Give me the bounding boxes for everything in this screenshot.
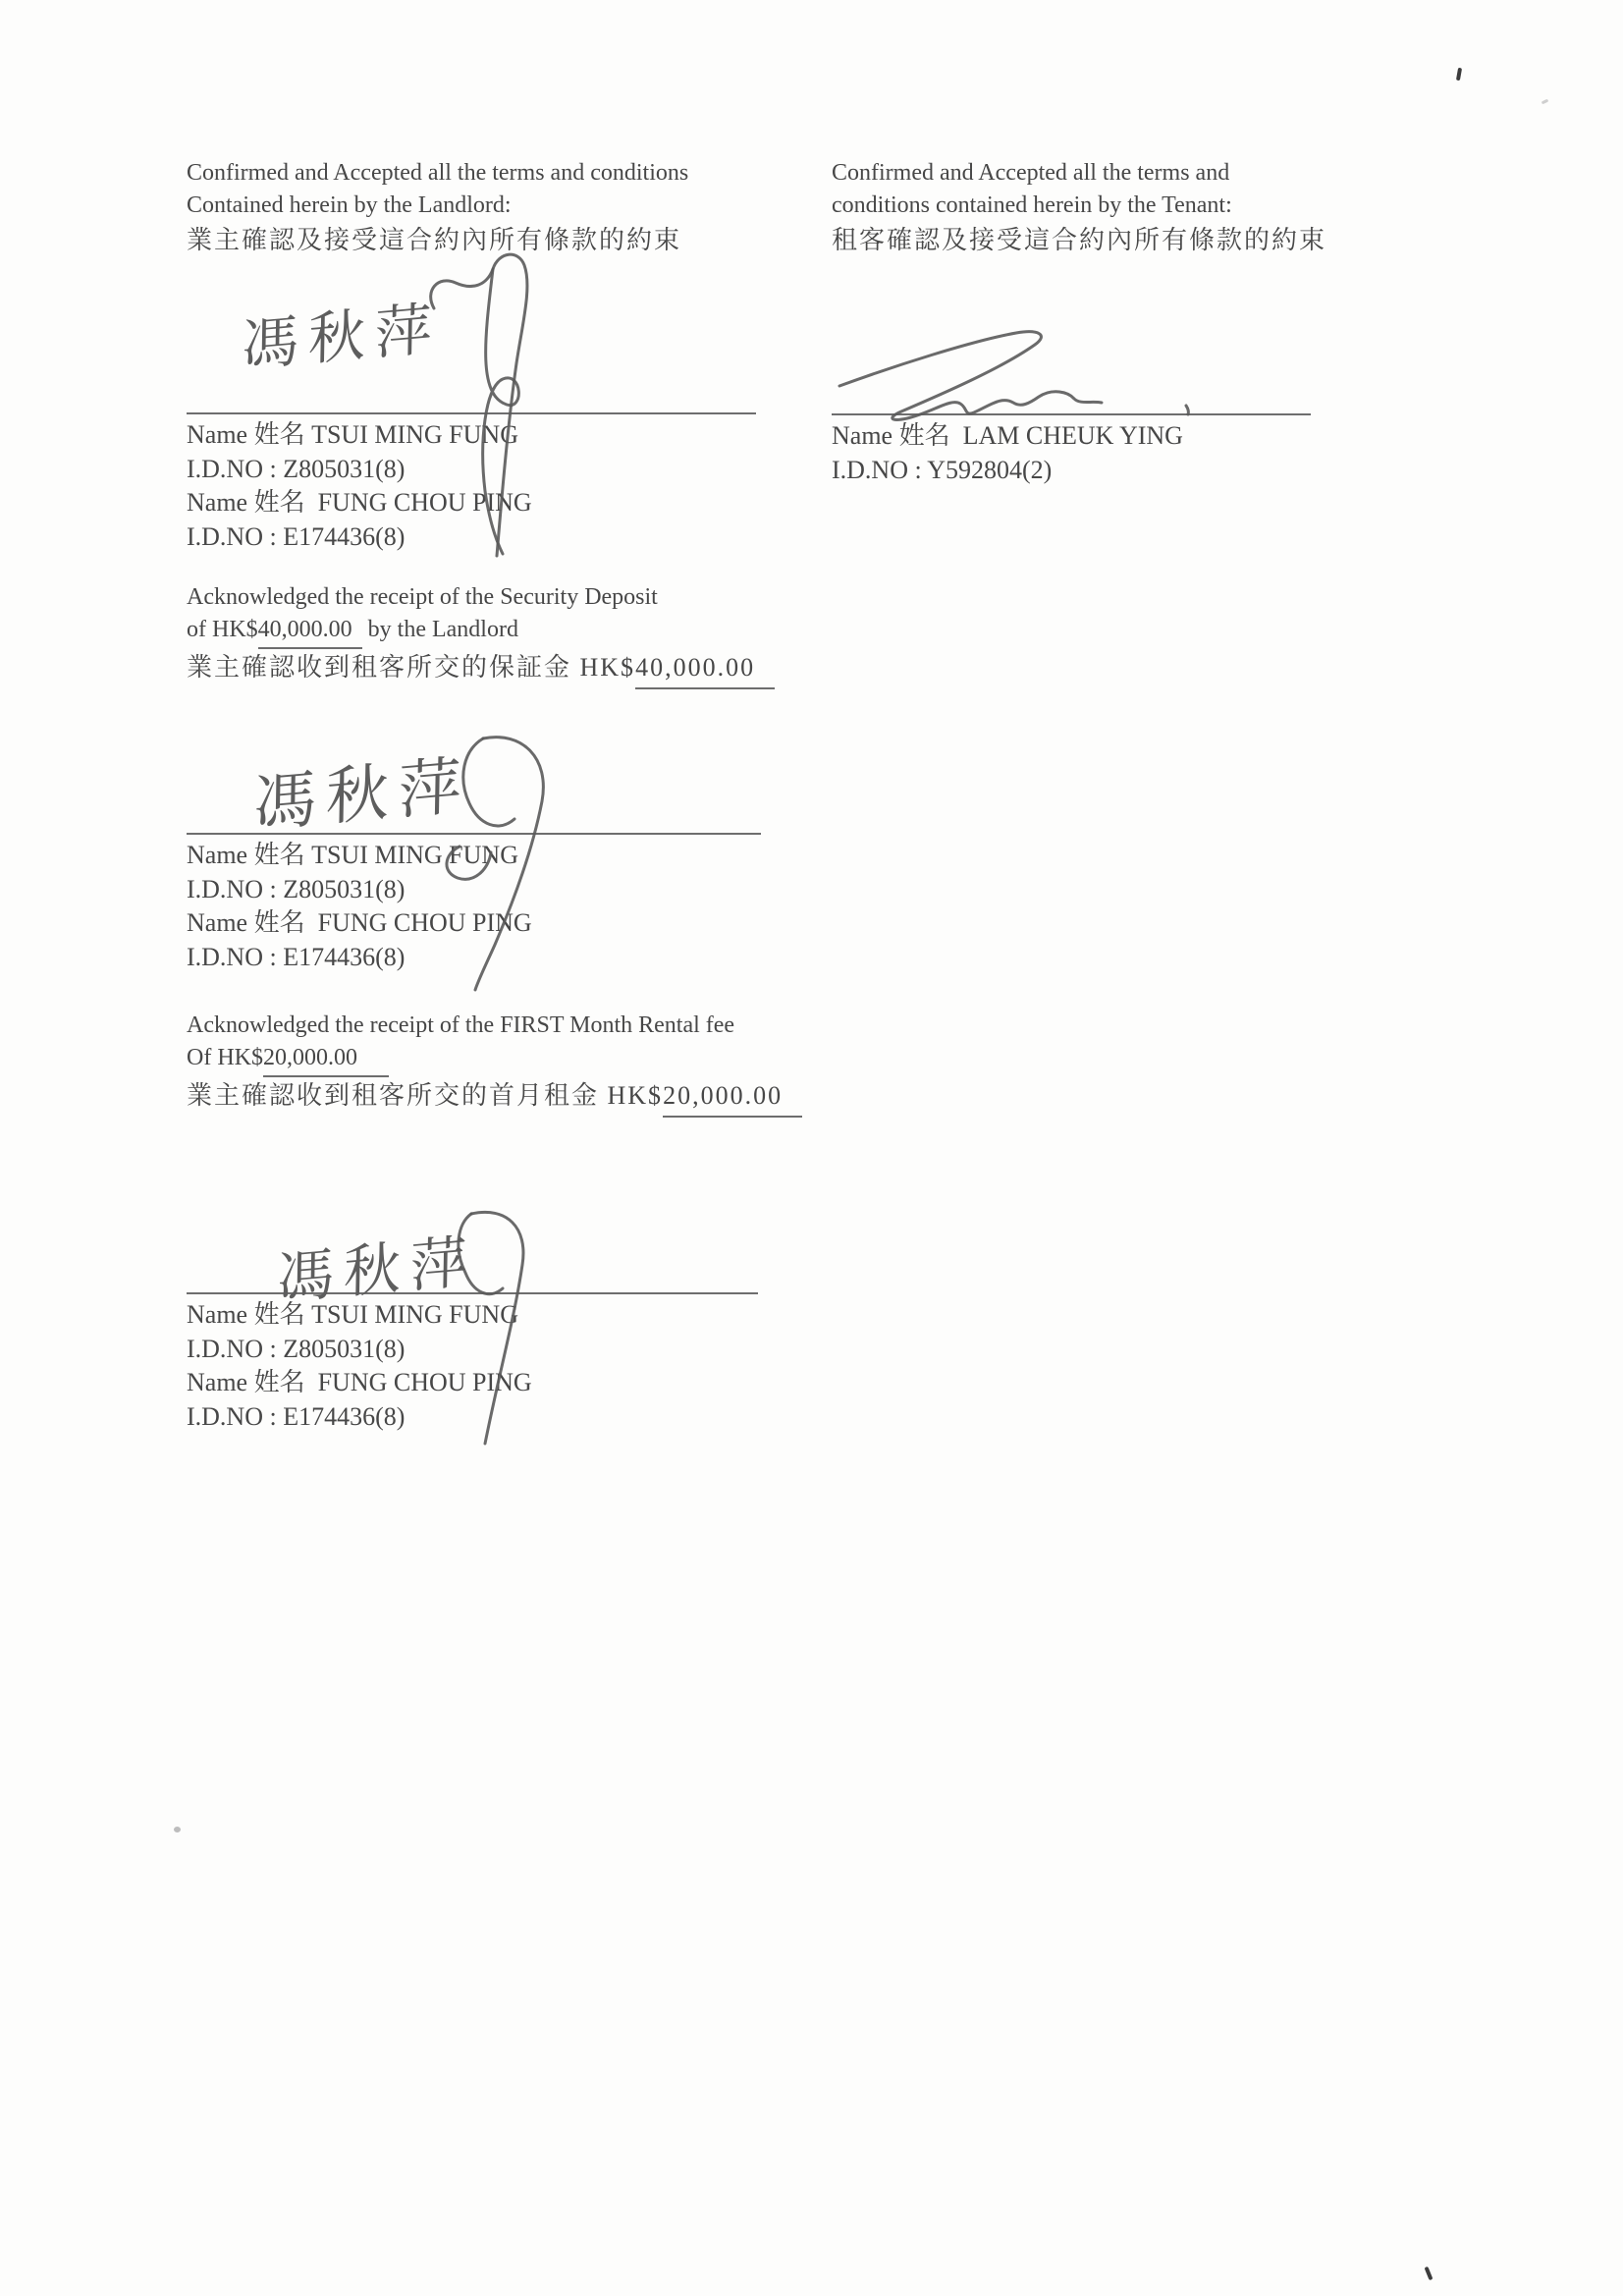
landlord-name-2: Name 姓名 FUNG CHOU PING: [187, 486, 532, 520]
deposit-ack-line2: of HK$40,000.00 by the Landlord: [187, 614, 874, 649]
rent-ack-chinese: 業主確認收到租客所交的首月租金 HK$20,000.00: [187, 1077, 933, 1118]
rent-amount-chinese-underlined: 20,000.00: [663, 1077, 802, 1118]
rent-acknowledgment: Acknowledged the receipt of the FIRST Mo…: [187, 1010, 933, 1118]
landlord-signature-line-1: [187, 412, 756, 414]
landlord-identity-block-1: Name 姓名 TSUI MING FUNG I.D.NO : Z805031(…: [187, 418, 532, 554]
tenant-confirmation-line2: conditions contained herein by the Tenan…: [832, 190, 1421, 222]
deposit-ack-chinese: 業主確認收到租客所交的保証金 HK$40,000.00: [187, 649, 874, 689]
tenant-identity-block: Name 姓名 LAM CHEUK YING I.D.NO : Y592804(…: [832, 419, 1183, 487]
landlord-confirmation: Confirmed and Accepted all the terms and…: [187, 157, 815, 259]
scan-artifact-faint-top: [1542, 99, 1549, 105]
deposit-ack-line2-prefix: of HK$: [187, 617, 258, 642]
rent-ack-line2-prefix: Of HK$: [187, 1045, 263, 1070]
landlord-name-2: Name 姓名 FUNG CHOU PING: [187, 906, 532, 941]
scan-artifact-dot-left: [174, 1827, 181, 1832]
landlord-confirmation-line1: Confirmed and Accepted all the terms and…: [187, 157, 815, 190]
tenant-id: I.D.NO : Y592804(2): [832, 454, 1183, 488]
deposit-amount-underlined: 40,000.00: [258, 614, 362, 649]
deposit-amount-chinese-underlined: 40,000.00: [635, 649, 775, 689]
tenant-confirmation-line1: Confirmed and Accepted all the terms and: [832, 157, 1421, 190]
rent-ack-line2: Of HK$20,000.00: [187, 1042, 933, 1077]
rent-ack-chinese-prefix: 業主確認收到租客所交的首月租金 HK$: [187, 1081, 663, 1110]
rent-ack-line1: Acknowledged the receipt of the FIRST Mo…: [187, 1010, 933, 1042]
landlord-signature-handwriting-3: 馮秋萍: [277, 1215, 478, 1315]
landlord-identity-block-2: Name 姓名 TSUI MING FUNG I.D.NO : Z805031(…: [187, 839, 532, 974]
landlord-name-1: Name 姓名 TSUI MING FUNG: [187, 418, 532, 453]
tenant-signature-line: [832, 413, 1311, 415]
landlord-id-1: I.D.NO : Z805031(8): [187, 873, 532, 907]
landlord-confirmation-chinese: 業主確認及接受這合約內所有條款的約束: [187, 222, 815, 259]
tenant-confirmation: Confirmed and Accepted all the terms and…: [832, 157, 1421, 259]
scan-artifact-top-right: [1456, 68, 1462, 81]
landlord-id-2: I.D.NO : E174436(8): [187, 520, 532, 555]
landlord-signature-handwriting-2: 馮秋萍: [253, 735, 472, 845]
landlord-name-2: Name 姓名 FUNG CHOU PING: [187, 1366, 532, 1400]
landlord-signature-handwriting-1: 馮秋萍: [242, 282, 443, 382]
landlord-id-1: I.D.NO : Z805031(8): [187, 453, 532, 487]
deposit-acknowledgment: Acknowledged the receipt of the Security…: [187, 581, 874, 689]
tenant-confirmation-chinese: 租客確認及接受這合約內所有條款的約束: [832, 222, 1421, 259]
landlord-id-2: I.D.NO : E174436(8): [187, 1400, 532, 1435]
landlord-identity-block-3: Name 姓名 TSUI MING FUNG I.D.NO : Z805031(…: [187, 1298, 532, 1434]
landlord-name-1: Name 姓名 TSUI MING FUNG: [187, 839, 532, 873]
tenant-name: Name 姓名 LAM CHEUK YING: [832, 419, 1183, 454]
deposit-ack-chinese-prefix: 業主確認收到租客所交的保証金 HK$: [187, 653, 635, 682]
rent-amount-underlined: 20,000.00: [263, 1042, 389, 1077]
landlord-id-1: I.D.NO : Z805031(8): [187, 1333, 532, 1367]
landlord-confirmation-line2: Contained herein by the Landlord:: [187, 190, 815, 222]
scanned-tenancy-signature-page: Confirmed and Accepted all the terms and…: [0, 0, 1623, 2296]
landlord-id-2: I.D.NO : E174436(8): [187, 941, 532, 975]
scan-artifact-bottom-right: [1425, 2267, 1434, 2280]
deposit-ack-line2-suffix: by the Landlord: [362, 617, 518, 642]
tenant-signature-handwriting: [825, 319, 1316, 427]
deposit-ack-line1: Acknowledged the receipt of the Security…: [187, 581, 874, 614]
